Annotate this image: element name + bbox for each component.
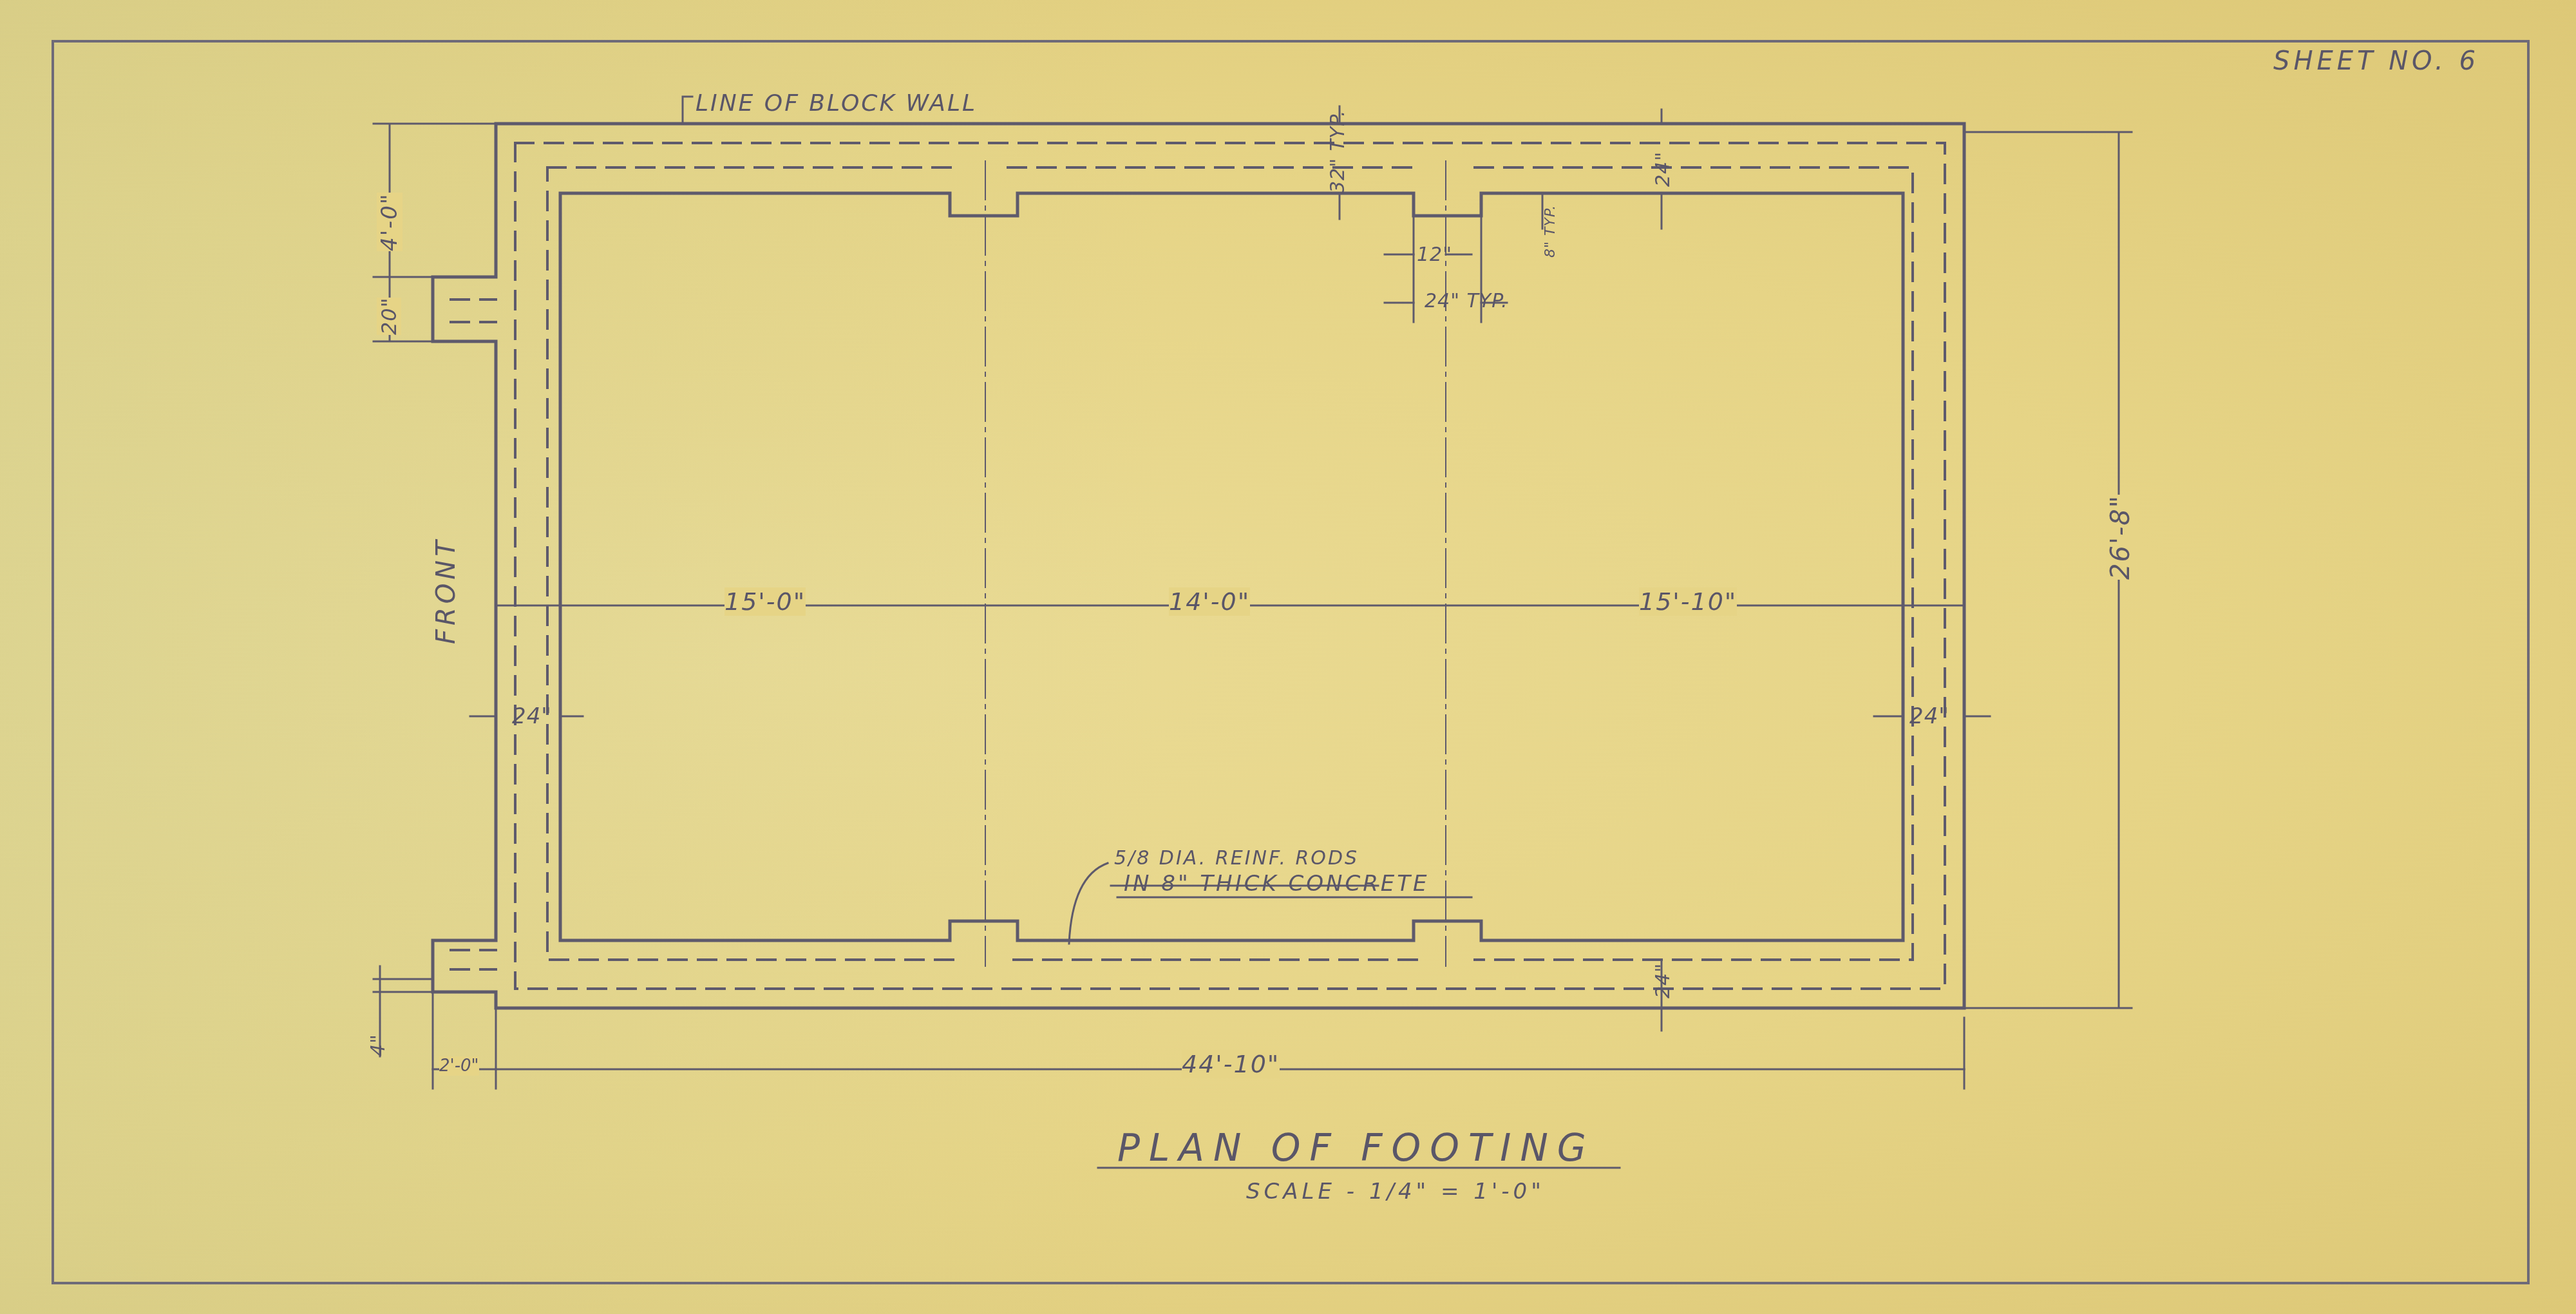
dim-bay-2: 14'-0" (1169, 587, 1250, 616)
dim-corner-length: 2'-0" (439, 1056, 479, 1076)
drawing-title: PLAN OF FOOTING (1117, 1126, 1595, 1170)
dim-overall-length: 44'-10" (1182, 1050, 1280, 1078)
dim-pier-outer: 24" TYP. (1425, 290, 1508, 312)
dim-bay-3: 15'-10" (1639, 587, 1737, 616)
sheet-number: SHEET NO. 6 (2273, 46, 2479, 76)
dim-pier-inner: 12" (1417, 243, 1452, 266)
dim-overall-width: 26'-8" (2106, 495, 2136, 580)
dim-right-footing: 24" (1909, 703, 1949, 729)
front-label: FRONT (431, 537, 461, 644)
rods-note-line2: IN 8" THICK CONCRETE (1124, 871, 1430, 897)
dim-bay-1: 15'-0" (724, 587, 806, 616)
grid-lines (985, 161, 1446, 966)
dim-stoop-depth: 20" (377, 298, 401, 335)
dim-bottom-footing: 24" (1652, 963, 1674, 998)
drawing-scale: SCALE - 1/4" = 1'-0" (1246, 1179, 1545, 1204)
dim-left-footing: 24" (512, 703, 552, 729)
dim-top-footing: 24" (1652, 151, 1674, 187)
dim-pier-depth: 8" TYP. (1542, 205, 1558, 258)
dim-corner-offset: 4" (367, 1034, 390, 1056)
dim-stoop-length: 4'-0" (377, 193, 402, 251)
block-wall-note: LINE OF BLOCK WALL (696, 90, 977, 117)
dim-top-offset: 32" TYP. (1327, 110, 1349, 193)
rods-note-line1: 5/8 DIA. REINF. RODS (1114, 847, 1359, 870)
inner-footing-outline (560, 193, 1903, 940)
